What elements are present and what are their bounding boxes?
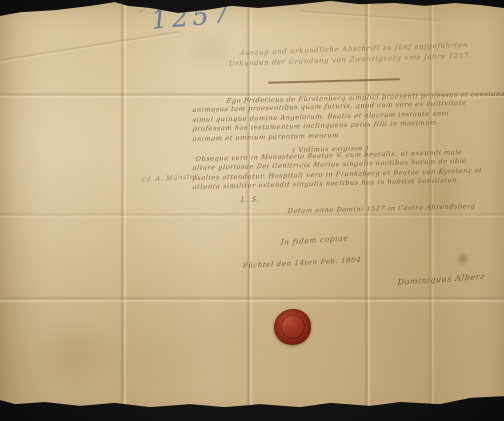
archive-number-pencil: 1257 — [150, 0, 234, 36]
wax-seal — [274, 309, 311, 345]
margin-note: Cf. A. Münster — [142, 172, 199, 184]
wax-seal-emboss — [281, 315, 305, 339]
fold-crease-vertical-1 — [120, 0, 127, 421]
fold-crease-horizontal-3 — [0, 296, 504, 303]
stain — [30, 320, 120, 390]
fold-crease-diagonal-2 — [300, 9, 440, 24]
datum-line: Datum anno Domini 1517 in Castro Ahrends… — [287, 202, 476, 215]
signature: Dominiquus Alberz — [397, 272, 485, 287]
attestation-line: In fidem copiae — [280, 233, 348, 247]
header-underline — [268, 78, 400, 83]
locus-sigilli: L. S. — [240, 195, 259, 204]
paper-sheet: 1257 ″ Auszug und urkundliche Abschrift … — [0, 0, 504, 421]
place-date-line: Füchtel den 14ten Feb. 1804 — [242, 256, 361, 270]
pencil-mark: ″ — [139, 10, 144, 20]
fold-crease-horizontal-2 — [0, 212, 504, 219]
photo-background: 1257 ″ Auszug und urkundliche Abschrift … — [0, 0, 504, 421]
stain — [455, 252, 471, 266]
latin-line: animam et omnium parentum meorum — [192, 131, 339, 143]
